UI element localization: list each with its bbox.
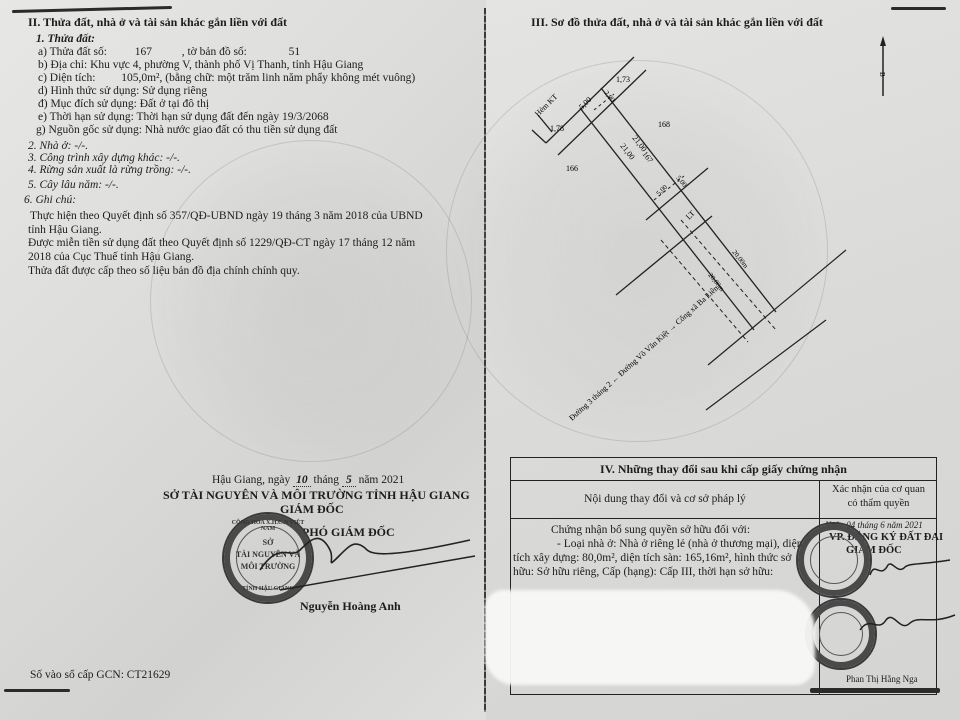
signing-date: Hậu Giang, ngày 10 tháng 5 năm 2021: [212, 473, 404, 487]
field-label: a) Thửa đất số:: [38, 46, 107, 58]
land-field-dd: đ) Mục đích sử dụng: Đất ở tại đô thị: [38, 97, 209, 111]
parcel-diagram: Hẻm KT 1,73 2,00 5,00 1,78 21,00 21,00 5…: [486, 30, 960, 450]
col-header-content: Nội dung thay đổi và cơ sở pháp lý: [511, 492, 819, 506]
parcel-label-neighbor: 166: [566, 164, 578, 173]
change-line: - Loại nhà ở: Nhà ở riêng lẻ (nhà ở thươ…: [557, 537, 802, 551]
field-label: d) Hình thức sử dụng:: [38, 85, 139, 97]
north-label: B: [878, 72, 886, 77]
land-field-b: b) Địa chỉ: Khu vực 4, phường V, thành p…: [38, 58, 363, 72]
col-header-confirm: Xác nhận của cơ quan: [821, 483, 936, 497]
field-label: b) Địa chỉ:: [38, 59, 87, 71]
change-line: Chứng nhận bổ sung quyền sở hữu đối với:: [551, 523, 750, 537]
north-arrow-icon: [880, 36, 886, 96]
usage-term-value: Thời hạn sử dụng đất đến ngày 19/3/2068: [136, 111, 328, 123]
edge-line: [4, 689, 70, 692]
notes-heading: 6. Ghi chú:: [24, 193, 76, 207]
dimension-label: 5,00: [674, 174, 688, 189]
edge-line: [810, 688, 940, 693]
land-field-e: e) Thời hạn sử dụng: Thời hạn sử dụng đấ…: [38, 110, 329, 124]
usage-purpose-value: Đất ở tại đô thị: [140, 98, 209, 110]
map-sheet-number: 51: [289, 46, 301, 58]
land-field-g: g) Nguồn gốc sử dụng: Nhà nước giao đất …: [36, 123, 337, 137]
usage-form-value: Sử dụng riêng: [142, 85, 207, 97]
signature: [240, 520, 480, 600]
address-value: Khu vực 4, phường V, thành phố Vị Thanh,…: [90, 59, 363, 71]
signing-month: 5: [342, 474, 356, 487]
item-forest: 4. Rừng sản xuất là rừng trồng: -/-.: [28, 163, 191, 177]
section-title-iii: III. Sơ đồ thửa đất, nhà ở và tài sản kh…: [531, 15, 823, 29]
year-label: năm 2021: [359, 474, 405, 486]
land-field-a: a) Thửa đất số: 167 , tờ bản đồ số: 51: [38, 45, 300, 59]
note-line: tỉnh Hậu Giang.: [28, 223, 102, 237]
field-label: e) Thời hạn sử dụng:: [38, 111, 134, 123]
change-line: tích xây dựng: 80,0m², diện tích sàn: 16…: [513, 551, 791, 565]
note-line: Được miễn tiền sử dụng đất theo Quyết đị…: [28, 236, 415, 250]
register-number: Số vào sổ cấp GCN: CT21629: [30, 668, 170, 682]
parcel-number: 167: [135, 46, 152, 58]
confirm-signer: Phan Thị Hằng Nga: [846, 672, 918, 686]
register-label: Số vào sổ cấp GCN:: [30, 669, 124, 681]
signing-day: 10: [293, 474, 311, 487]
left-page: II. Thửa đất, nhà ở và tài sản khác gắn …: [0, 0, 486, 720]
dimension-label: 21,00: [618, 142, 636, 162]
land-field-c: c) Diện tích: 105,0m², (bằng chữ: một tr…: [38, 71, 415, 85]
field-label: g) Nguồn gốc sử dụng:: [36, 124, 142, 136]
issuing-authority: SỞ TÀI NGUYÊN VÀ MÔI TRƯỜNG TỈNH HẬU GIA…: [163, 488, 470, 502]
register-value: CT21629: [127, 669, 170, 681]
edge-line: [12, 6, 172, 13]
watermark-emblem: [150, 140, 472, 462]
note-line: 2018 của Cục Thuế tỉnh Hậu Giang.: [28, 250, 194, 264]
signature: [850, 555, 960, 645]
dimension-label: 5,00: [577, 95, 593, 111]
field-label: c) Diện tích:: [38, 72, 95, 84]
parcel-label-neighbor: 168: [658, 120, 670, 129]
signer-name: Nguyễn Hoàng Anh: [300, 599, 401, 613]
area-value: 105,0m², (bằng chữ: một trăm linh năm ph…: [121, 72, 415, 84]
parcel-label-corridor: LT: [684, 209, 697, 222]
month-label: tháng: [314, 474, 340, 486]
changes-header-row: Nội dung thay đổi và cơ sở pháp lý Xác n…: [511, 480, 936, 519]
redacted-area: [485, 590, 815, 685]
signer-title: GIÁM ĐỐC: [280, 502, 344, 516]
section-title-ii: II. Thửa đất, nhà ở và tài sản khác gắn …: [28, 15, 287, 29]
land-field-d: d) Hình thức sử dụng: Sử dụng riêng: [38, 84, 207, 98]
field-label: , tờ bản đồ số:: [182, 46, 247, 58]
dimension-label: 5,00: [655, 183, 670, 198]
field-label: đ) Mục đích sử dụng:: [38, 98, 137, 110]
land-heading: 1. Thửa đất:: [36, 32, 95, 46]
date-prefix: Hậu Giang, ngày: [212, 474, 290, 486]
dimension-label: 1,78: [550, 124, 564, 133]
note-line: Thực hiện theo Quyết định số 357/QĐ-UBND…: [30, 209, 423, 223]
item-perennial: 5. Cây lâu năm: -/-.: [28, 178, 119, 192]
col-header-confirm: có thẩm quyền: [821, 497, 936, 511]
dimension-label: 1,73: [616, 75, 630, 84]
change-line: hữu: Sở hữu riêng, Cấp (hạng): Cấp III, …: [513, 565, 773, 579]
road-label: Đường 3 tháng 2 ← Đường Võ Văn Kiệt → Cố…: [567, 284, 720, 423]
changes-title-row: IV. Những thay đổi sau khi cấp giấy chứn…: [511, 458, 936, 481]
edge-line: [891, 7, 946, 10]
origin-value: Nhà nước giao đất có thu tiền sử dụng đấ…: [145, 124, 338, 136]
note-line: Thửa đất được cấp theo số liệu bản đồ đị…: [28, 264, 300, 278]
changes-title: IV. Những thay đổi sau khi cấp giấy chứn…: [511, 462, 936, 476]
alley-label: Hẻm KT: [533, 92, 559, 118]
